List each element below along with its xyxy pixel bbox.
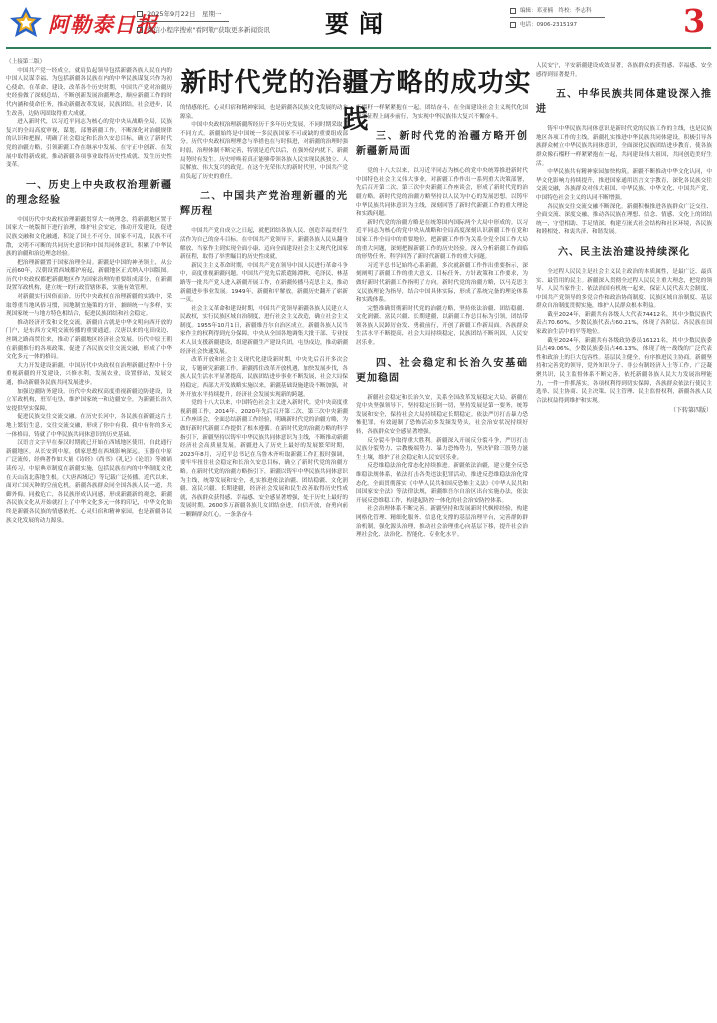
continued-to-note: （下转第四版） xyxy=(536,407,712,416)
paragraph: 完整准确贯彻新时代党的治疆方略，坚持依法治疆、团结稳疆、文化润疆、富民兴疆、长期… xyxy=(356,305,528,348)
paragraph: 社会治理体系不断完善。新疆坚持和发展新时代枫桥经验，构建网格化管理、精细化服务、… xyxy=(356,505,528,539)
masthead-rule xyxy=(6,47,711,49)
wechat-prompt: 微信小程序搜索"看阿勒"获取更多新闻资讯 xyxy=(147,26,270,34)
paragraph: 全过程人民民主是社会主义民主政治的本质属性，是最广泛、最真实、最管用的民主。新疆… xyxy=(536,268,712,311)
paragraph: 党的十八大以来，中国特色社会主义进入新时代。党中央高度重视新疆工作，2014年、… xyxy=(180,399,348,519)
divider xyxy=(510,17,605,18)
paragraph: 中国共产党一经成立，就肩负起领导包括新疆各族人民在内的中国人民谋幸福、为包括新疆… xyxy=(6,67,172,119)
paragraph: 习近平总书记始终心系新疆，多次就新疆工作作出重要指示，深刻阐明了新疆工作的重大意… xyxy=(356,262,528,305)
paragraph: 人民安宁，平安新疆建设成效显著，各族群众的获得感、幸福感、安全感得到显著提升。 xyxy=(536,62,712,79)
paragraph: 新时代党的治疆方略是在统筹国内国际两个大局中形成的。以习近平同志为核心的党中央从… xyxy=(356,219,528,262)
checkbox-icon xyxy=(510,8,516,14)
paragraph: 大力开发建设新疆。中国历代中央政权在治理新疆过程中十分重视新疆的开发建设，兴修水… xyxy=(6,362,172,388)
phone-number: 电话：0906-2315197 xyxy=(520,22,577,28)
paragraph: 对新疆实行因俗而治。历代中央政权在治理新疆的实践中，采取尊重当地风俗习惯，因地制… xyxy=(6,293,172,319)
paragraph: 新民主主义革命时期，中国共产党在领导中国人民进行革命斗争中，高度重视新疆问题。中… xyxy=(180,262,348,305)
checkbox-icon xyxy=(137,27,143,33)
section-heading-2: 二、中国共产党治理新疆的光辉历程 xyxy=(180,189,348,219)
issue-date: 2025年9月22日 星期一 xyxy=(147,10,221,18)
paragraph: 中华民族共有精神家园加快构筑。新疆不断推动中华文化认同，中华文化影响力持续提升，… xyxy=(536,168,712,202)
masthead: 阿勒泰日报 2025年9月22日 星期一 微信小程序搜索"看阿勒"获取更多新闻资… xyxy=(0,0,717,50)
section-title: 要闻 xyxy=(325,4,393,39)
checkbox-icon xyxy=(510,22,516,28)
issue-meta: 2025年9月22日 星期一 微信小程序搜索"看阿勒"获取更多新闻资讯 xyxy=(137,8,229,36)
paragraph: 社会主义革命和建设时期，中国共产党领导新疆各族人民建立人民政权，实行民族区域自治… xyxy=(180,305,348,357)
checkbox-icon xyxy=(137,11,143,17)
paragraph: 反分裂斗争取得重大胜利。新疆深入开展反分裂斗争，严厉打击民族分裂势力、宗教极端势… xyxy=(356,437,528,463)
paragraph: 反恐维稳法治化常态化持续推进。新疆依法治疆，建立健全反恐维稳法规体系，依法打击各… xyxy=(356,462,528,505)
section-heading-6: 六、民主法治建设持续深化 xyxy=(536,245,712,260)
paragraph: 截至2024年，新疆共有各级政协委员16121名，其中少数民族委员占49.06%… xyxy=(536,337,712,406)
paragraph: 进入新时代，以习近平同志为核心的党中央从战略全局，民族复兴的全局高度审视，谋划，… xyxy=(6,118,172,170)
article-column-1: （上接第二版） 中国共产党一经成立，就肩负起领导包括新疆各族人民在内的中国人民谋… xyxy=(6,58,172,1020)
article-column-4: 人民安宁，平安新疆建设成效显著，各族群众的获得感、幸福感、安全感得到显著提升。 … xyxy=(536,62,712,1020)
article-column-2: 的情感依托，心灵归宿和精神家园，也是新疆各民族文化发展的动力源泉。 中国中央政权… xyxy=(180,104,348,1020)
paragraph: 石榴籽一样紧紧抱在一起，团结奋斗，在全面建设社会主义现代化国家新征程上阔步前行，… xyxy=(356,104,528,121)
section-heading-1: 一、历史上中央政权治理新疆的理念经验 xyxy=(6,178,172,208)
paragraph: 中国中央政权治理新疆所经历千多年历史发展，不同时期采取了不同方式。新疆始终是中国… xyxy=(180,121,348,181)
paragraph: 汉语言文字早在秦汉时期就已开始在西域地区使用，自此通行新疆地区。从长安到中原，儒… xyxy=(6,439,172,525)
paragraph: 加强边疆防务建设。历代中央政权高度重视新疆边防建设，设立军政机构，驻军屯垦，维护… xyxy=(6,388,172,414)
paragraph: 各民族交往交流交融不断深化。新疆积极推进各族群众广泛交往、全面交流、深度交融，推… xyxy=(536,203,712,237)
editor-credit: 编辑：邓亚楠 终校：李志科 xyxy=(520,8,592,14)
paragraph: 的情感依托，心灵归宿和精神家园，也是新疆各民族文化发展的动力源泉。 xyxy=(180,104,348,121)
paragraph: 铸牢中华民族共同体意识是新时代党的民族工作的主线，也是民族地区各项工作的主线。新… xyxy=(536,125,712,168)
section-heading-3: 三、新时代党的治疆方略开创新疆新局面 xyxy=(356,129,528,159)
continued-from-note: （上接第二版） xyxy=(6,58,172,67)
editor-meta: 编辑：邓亚楠 终校：李志科 电话：0906-2315197 xyxy=(510,6,605,30)
paragraph: 促进民族交往交流交融。在历史长河中，各民族在新疆这片土地上繁衍生息，交往交流交融… xyxy=(6,413,172,439)
section-heading-4: 四、社会稳定和长治久安基础更加稳固 xyxy=(356,356,528,386)
paragraph: 中国历代中央政权治理新疆贯穿大一统理念，将新疆地区置于国家大一统版图下进行治理，… xyxy=(6,216,172,259)
newspaper-logo-icon xyxy=(8,6,44,40)
paragraph: 推动经济开发和文化交流。新疆自古就是中华文明向西开放的门户，是东西方文明交流传播… xyxy=(6,319,172,362)
paragraph: 改革开放和社会主义现代化建设新时期，中央先后召开多次会议，专题研究新疆工作。新疆… xyxy=(180,356,348,399)
paragraph: 新疆社会稳定和长治久安，关系全国改革发展稳定大局。新疆在党中央坚强领导下，坚持稳… xyxy=(356,394,528,437)
section-heading-5: 五、中华民族共同体建设深入推进 xyxy=(536,87,712,117)
article-column-3: 石榴籽一样紧紧抱在一起，团结奋斗，在全面建设社会主义现代化国家新征程上阔步前行，… xyxy=(356,104,528,1020)
page-number: 3 xyxy=(683,2,705,40)
paragraph: 党的十八大以来，以习近平同志为核心的党中央统筹推进新时代中国特色社会主义伟大事业… xyxy=(356,167,528,219)
paragraph: 把治理新疆置于国家治理全局。新疆是中国的神圣领土，从公元前60年，汉朝设置西域都… xyxy=(6,259,172,293)
paragraph: 中国共产党自成立之日起，就把团结各族人民、创造幸福美好生活作为自己的奋斗目标。在… xyxy=(180,227,348,261)
paragraph: 截至2024年，新疆共有各级人大代表74412名，其中少数民族代表占70.60%… xyxy=(536,311,712,337)
divider xyxy=(137,21,229,22)
